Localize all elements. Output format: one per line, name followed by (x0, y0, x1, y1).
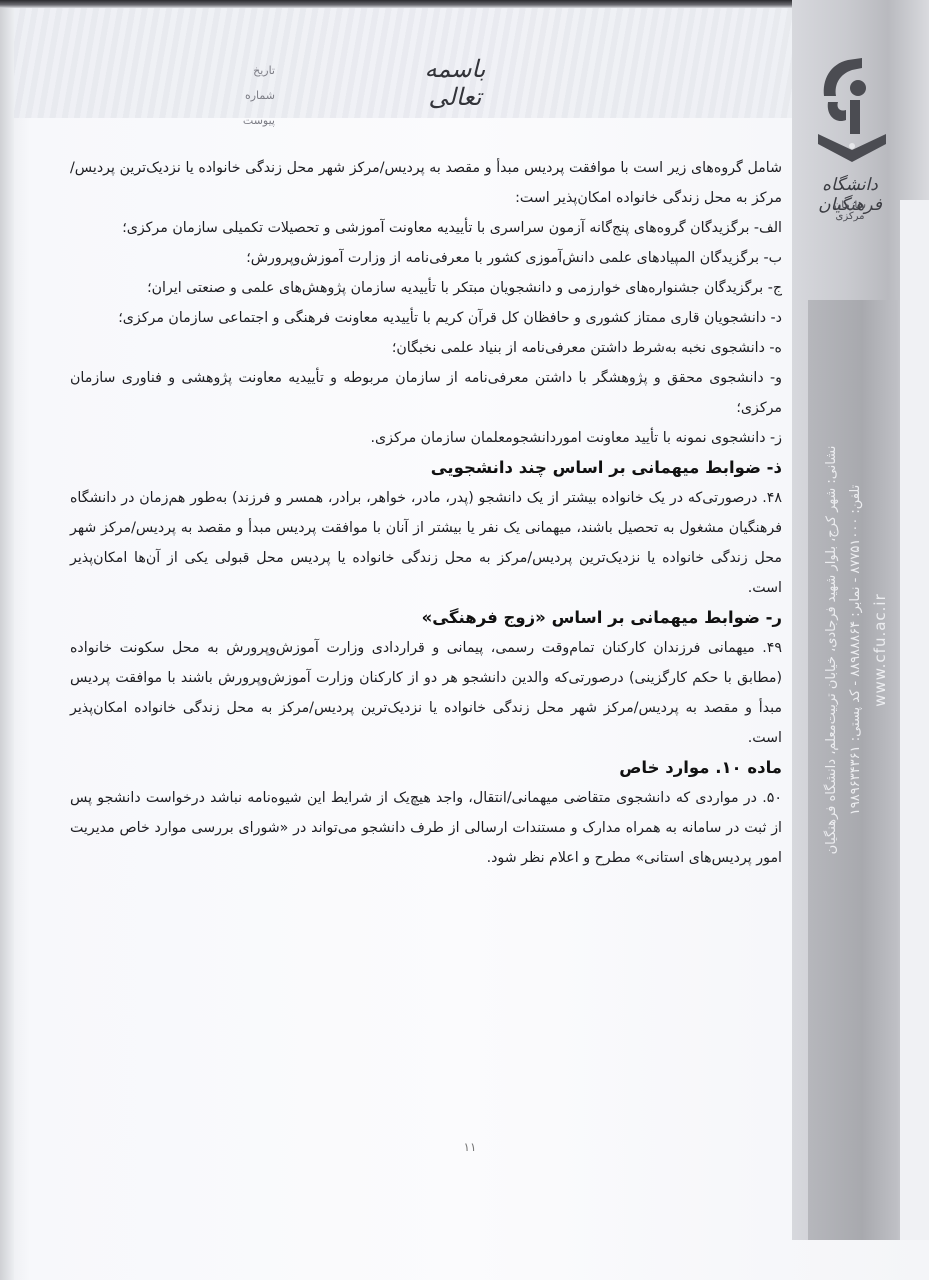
list-item-alef: الف- برگزیدگان گروه‌های پنج‌گانه آزمون س… (70, 213, 782, 243)
scan-top-edge (0, 0, 929, 8)
list-item-vav: و- دانشجوی محقق و پژوهشگر با داشتن معرفی… (70, 363, 782, 423)
clause-49: ۴۹. میهمانی فرزندان کارکنان تمام‌وقت رسم… (70, 633, 782, 753)
university-logo-icon (800, 50, 900, 170)
page-number: ۱۱ (455, 1140, 485, 1154)
scanned-page: باسمه تعالی تاریخ شماره پیوست دانشگاه فر… (0, 0, 929, 1280)
date-label: تاریخ (225, 58, 275, 83)
clause-48: ۴۸. درصورتی‌که در یک خانواده بیشتر از یک… (70, 483, 782, 603)
scan-left-edge (0, 8, 14, 1280)
section-heading-multi-student: ذ- ضوابط میهمانی بر اساس چند دانشجویی (70, 453, 782, 483)
list-item-be: ب- برگزیدگان المپیادهای علمی دانش‌آموزی … (70, 243, 782, 273)
attachment-label: پیوست (225, 108, 275, 133)
letter-meta-labels: تاریخ شماره پیوست (225, 58, 275, 133)
address-line: نشانی: شهر کرج، بلوار شهید فرجادی، خیابا… (820, 300, 844, 1000)
list-item-dal: د- دانشجویان قاری ممتاز کشوری و حافظان ک… (70, 303, 782, 333)
number-label: شماره (225, 83, 275, 108)
article-10-heading: ماده ۱۰. موارد خاص (70, 753, 782, 783)
section-heading-cultural-couple: ر- ضوابط میهمانی بر اساس «زوج فرهنگی» (70, 603, 782, 633)
document-body: شامل گروه‌های زیر است با موافقت پردیس مب… (70, 153, 782, 873)
list-item-he: ه- دانشجوی نخبه به‌شرط داشتن معرفی‌نامه … (70, 333, 782, 363)
intro-paragraph: شامل گروه‌های زیر است با موافقت پردیس مب… (70, 153, 782, 213)
side-strip-margin (900, 200, 929, 1240)
website-link[interactable]: www.cfu.ac.ir (868, 300, 892, 1000)
contact-line: تلفن: ۸۷۷۵۱۰۰۰ - نمابر: ۸۸۹۸۸۸۶۴ - کد پس… (844, 300, 868, 1000)
university-subtitle: سازمان مرکزی (820, 200, 880, 222)
list-item-ze: ز- دانشجوی نمونه با تأیید معاونت اموردان… (70, 423, 782, 453)
letterhead-address: نشانی: شهر کرج، بلوار شهید فرجادی، خیابا… (820, 300, 892, 1000)
clause-50: ۵۰. در مواردی که دانشجوی متقاضی میهمانی/… (70, 783, 782, 873)
list-item-jim: ج- برگزیدگان جشنواره‌های خوارزمی و دانشج… (70, 273, 782, 303)
bismillah-heading: باسمه تعالی (400, 55, 510, 111)
